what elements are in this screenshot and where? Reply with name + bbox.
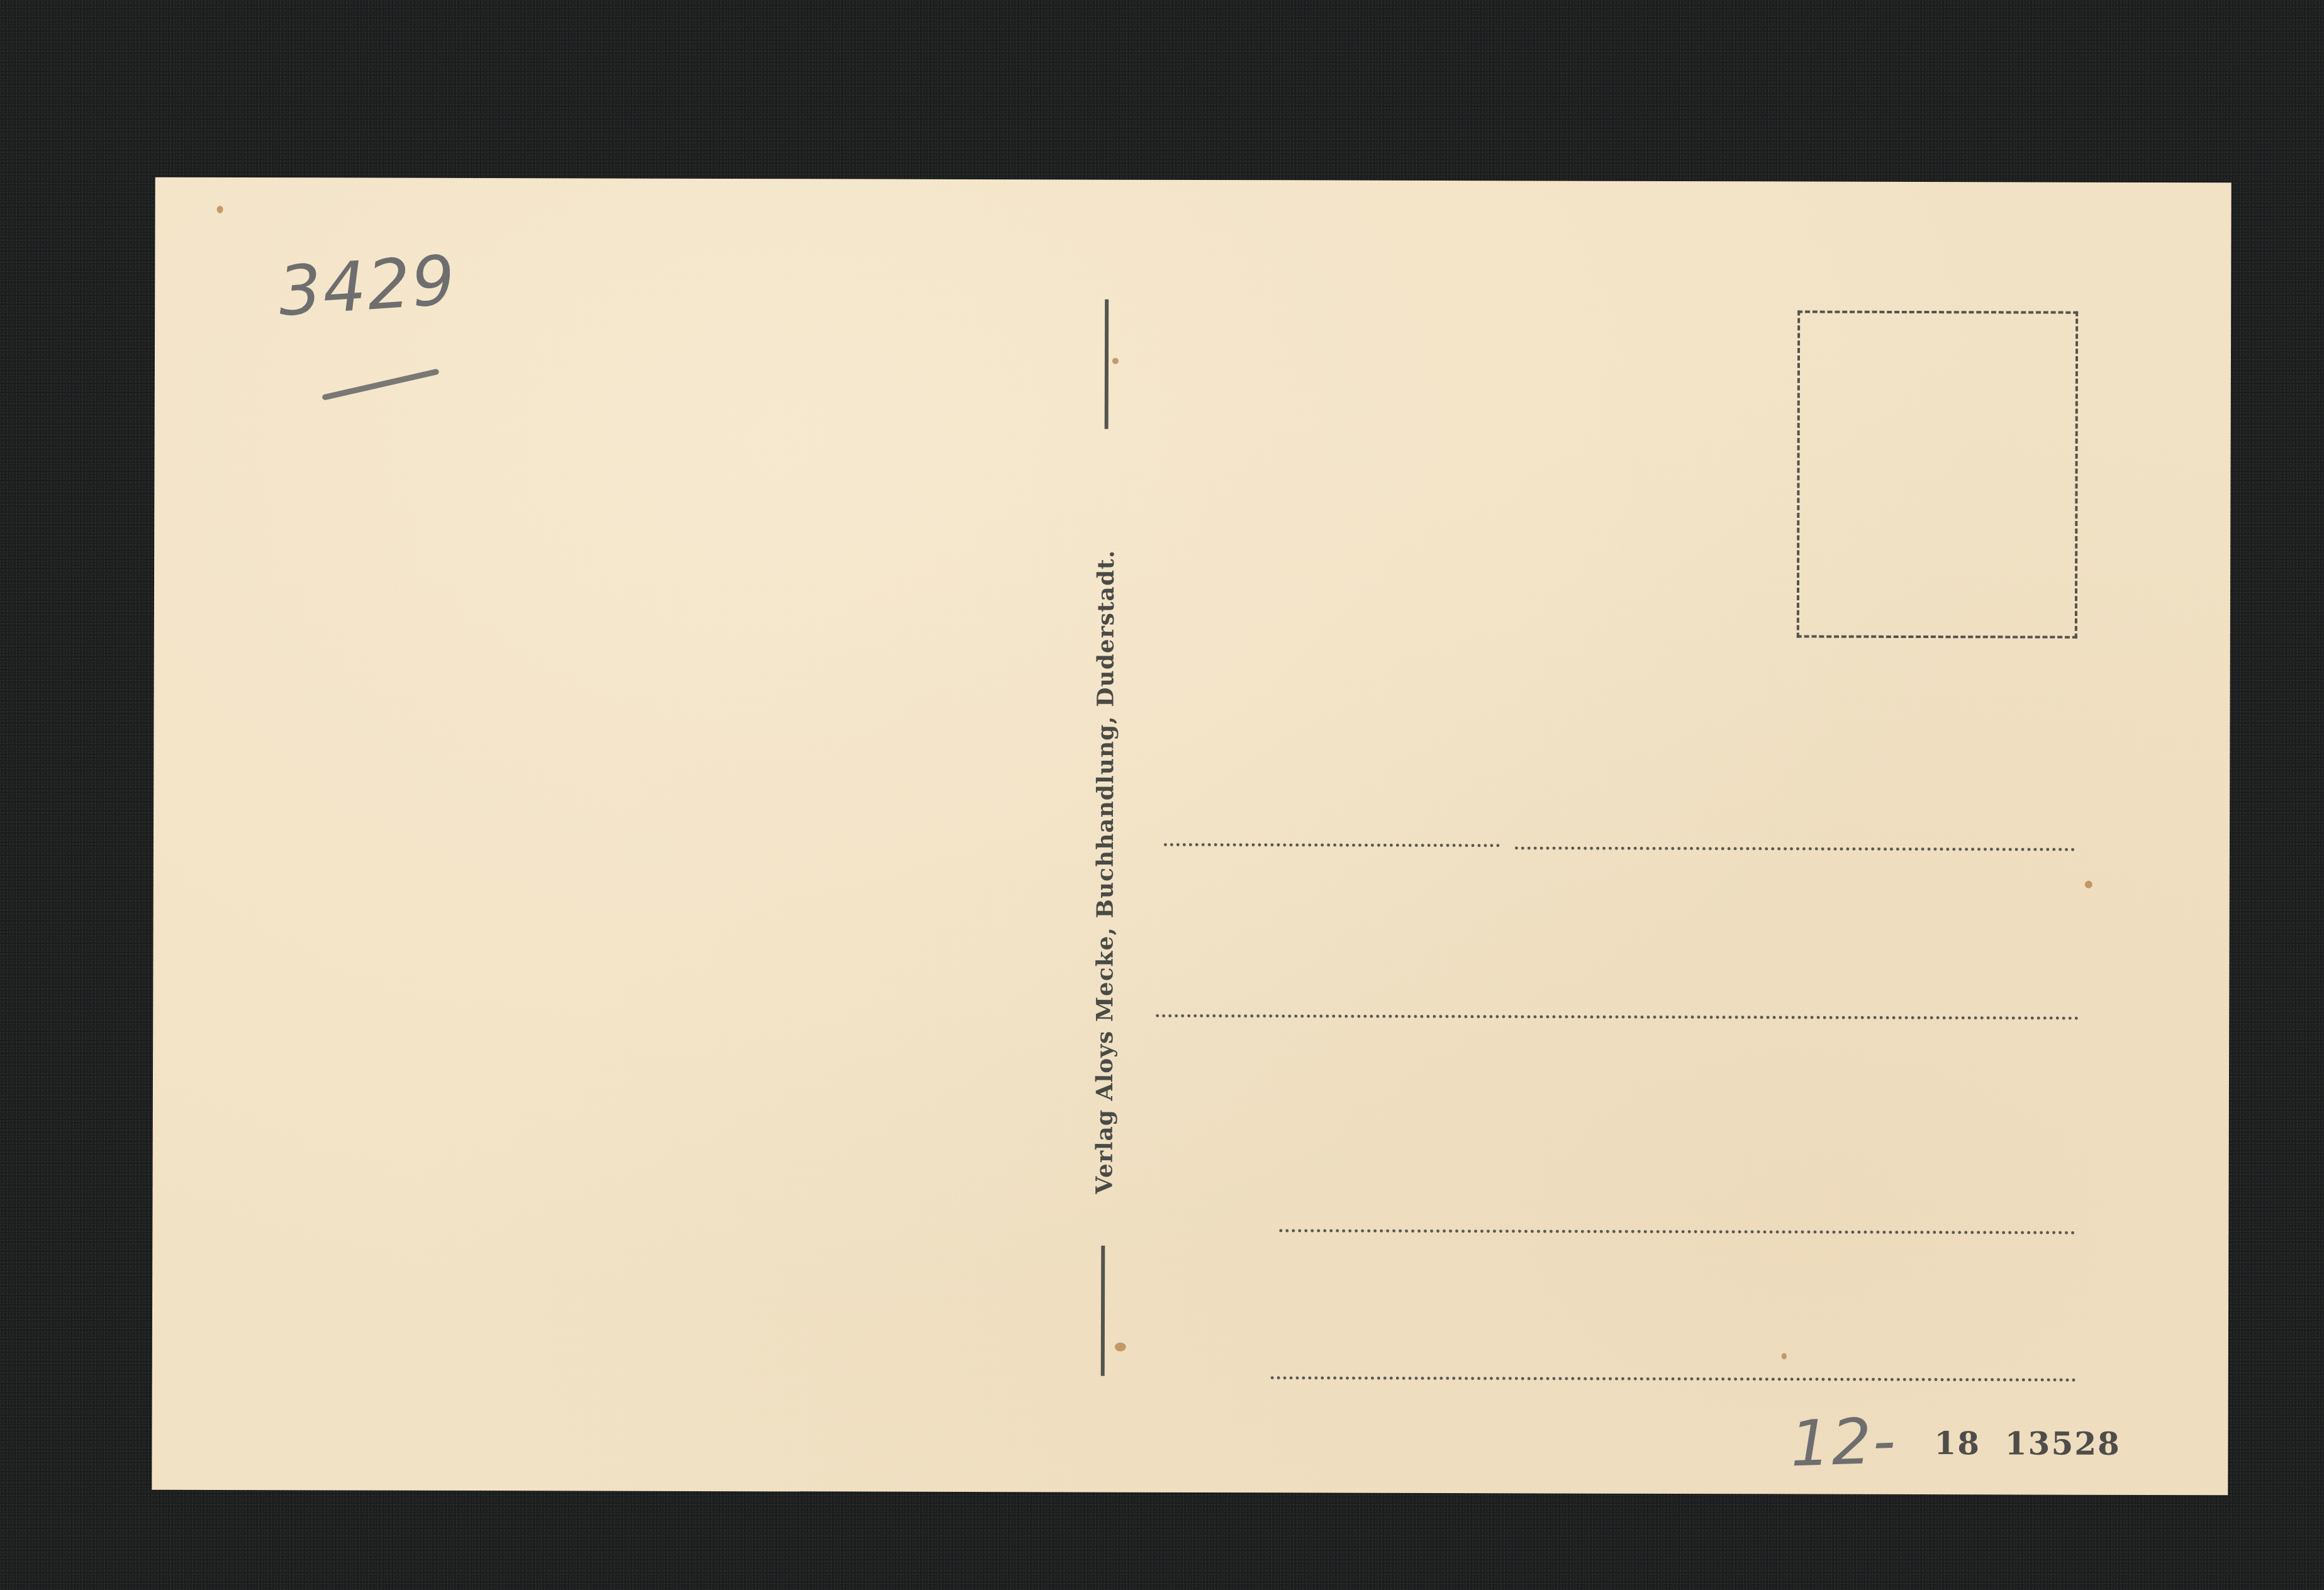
print-catalog-number: 18 13528 [1934,1425,2121,1462]
handwritten-inventory-number: 3429 [276,241,459,332]
center-divider-top [1105,300,1109,429]
address-line-4 [1271,1376,2076,1381]
address-line-1 [1164,843,1500,847]
paper-speck [2085,881,2092,888]
center-divider-bottom [1101,1246,1105,1376]
address-line-2 [1156,1014,2079,1020]
paper-speck [217,206,223,213]
paper-speck [1115,1343,1126,1352]
pencil-underline-stroke [321,369,439,401]
address-line-1-continued [1515,846,2075,851]
address-line-3 [1279,1229,2075,1234]
stamp-box [1797,311,2078,639]
publisher-imprint: Verlag Aloys Mecke, Buchhandlung, Duders… [1092,550,1120,1194]
handwritten-price: 12- [1789,1404,1898,1481]
paper-speck [1782,1353,1787,1359]
paper-speck [1112,358,1119,364]
postcard-back: 3429 Verlag Aloys Mecke, Buchhandlung, D… [152,177,2231,1496]
